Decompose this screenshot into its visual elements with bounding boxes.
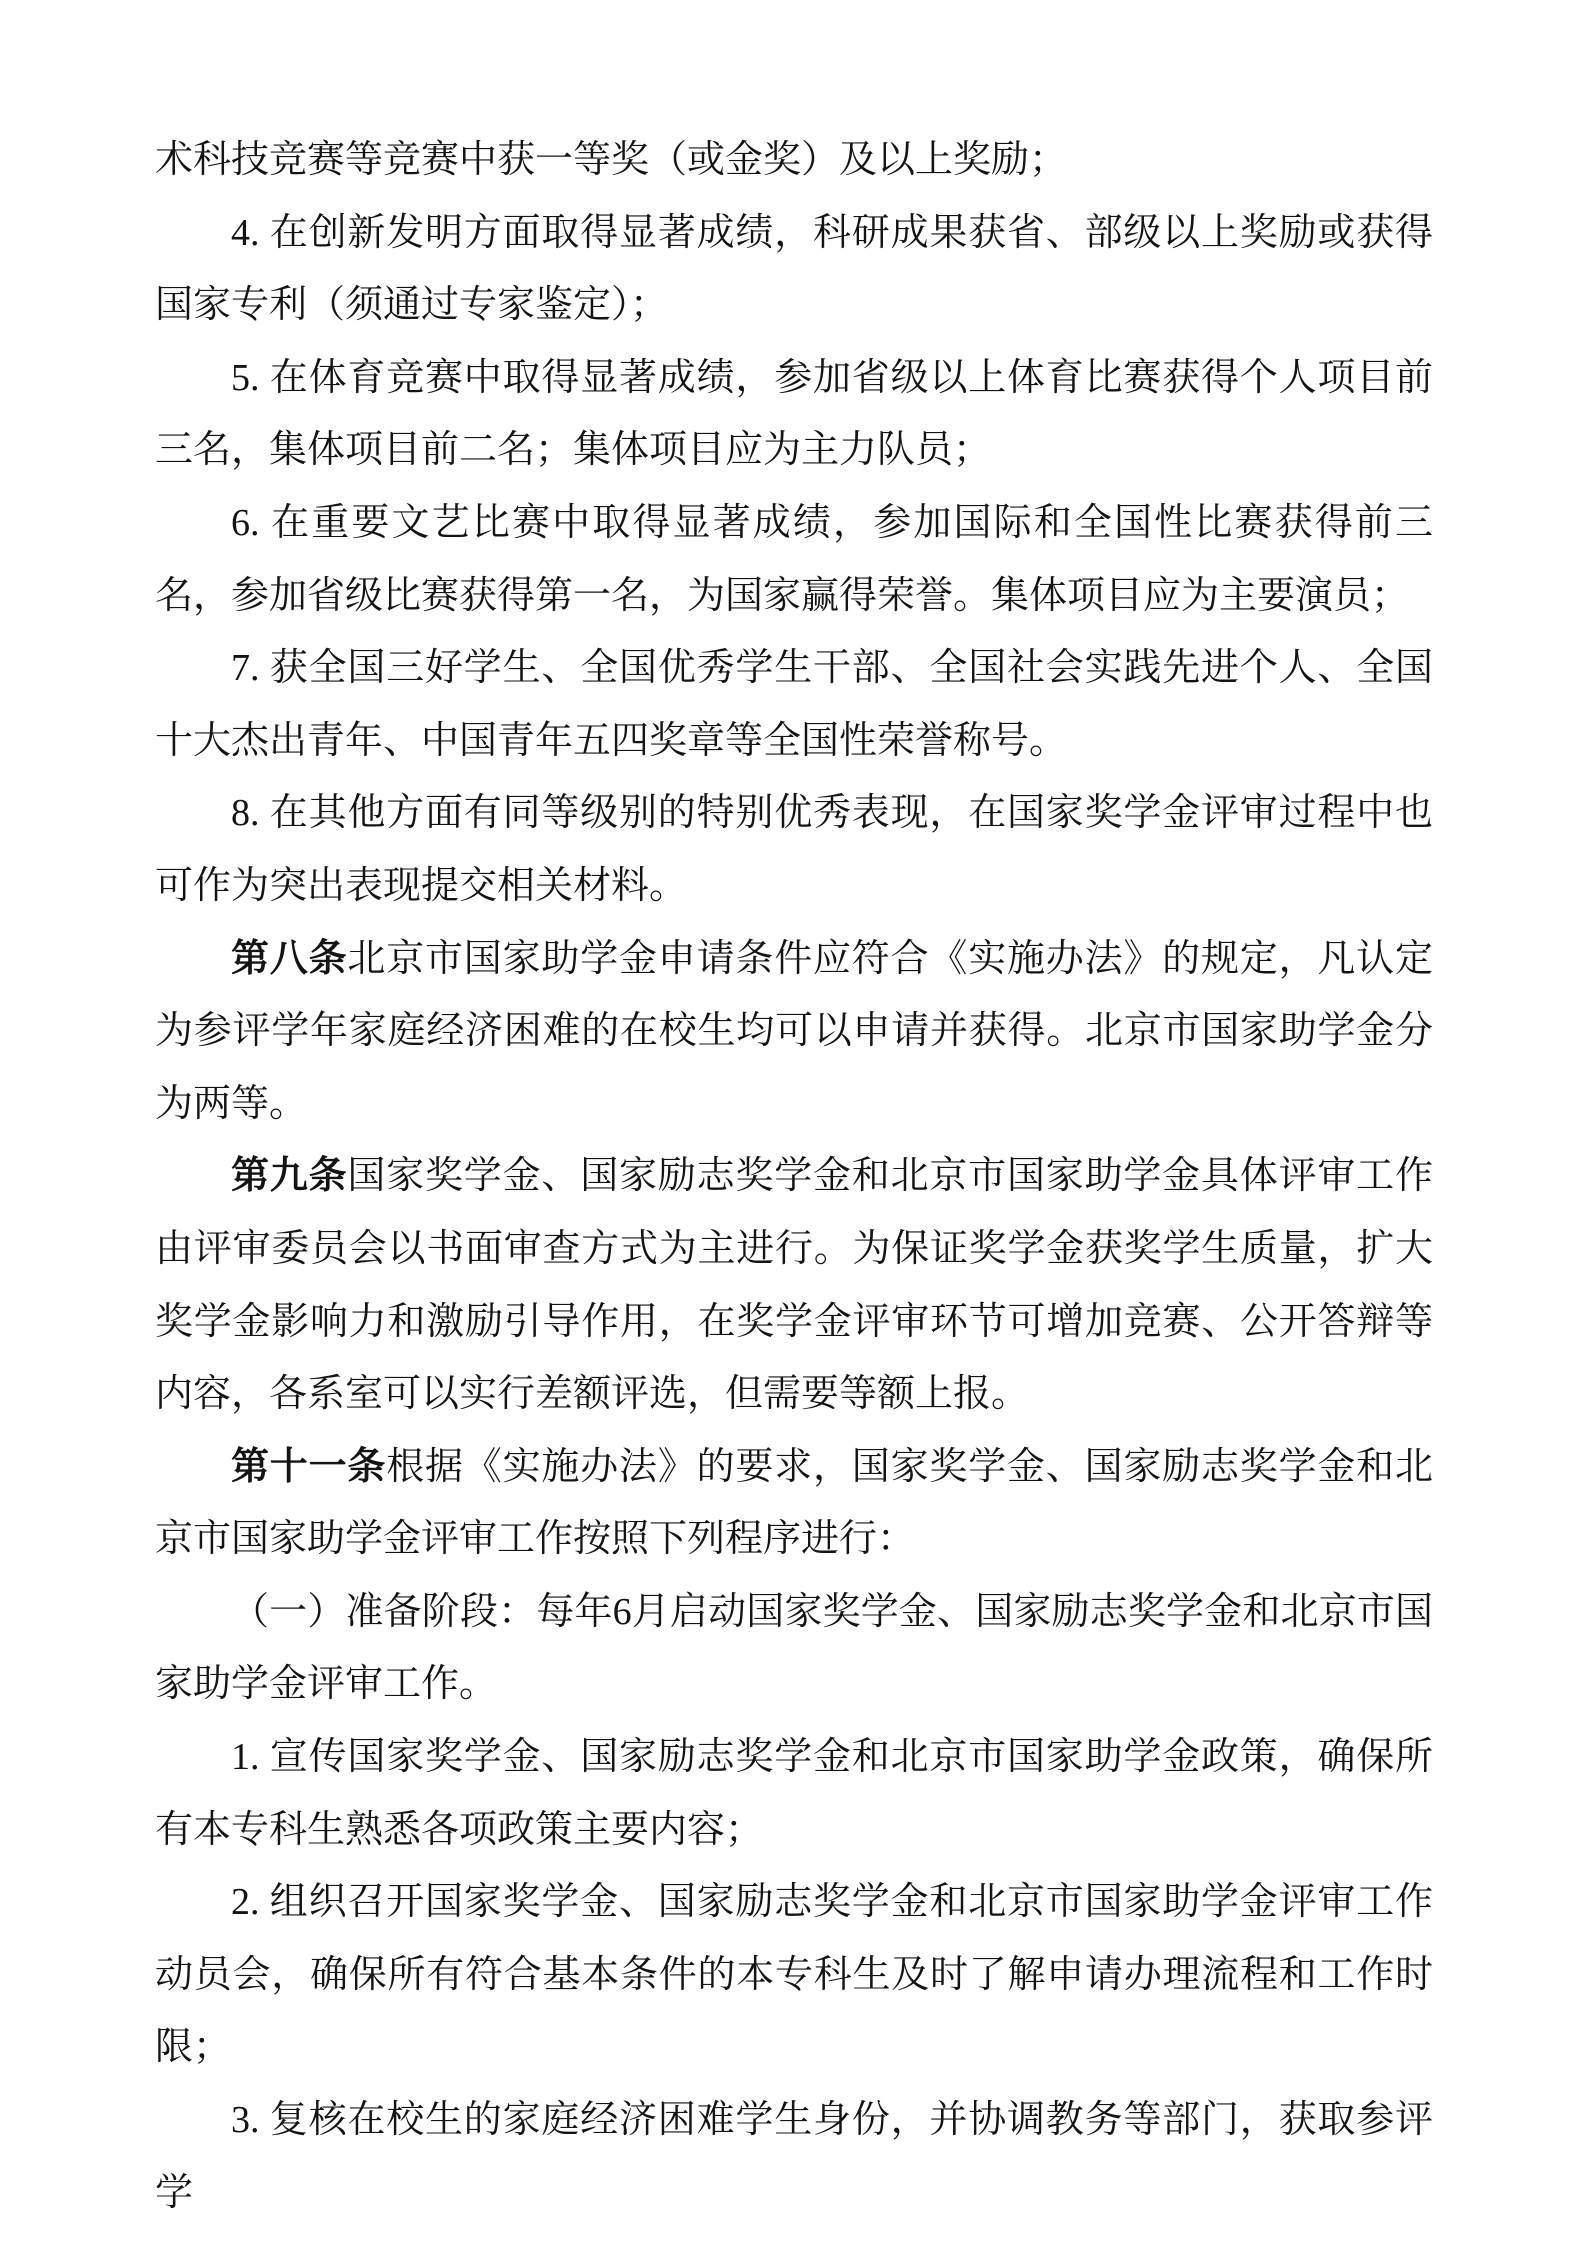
article-number: 第九条	[231, 1155, 347, 1197]
paragraph-text: 术科技竞赛等竞赛中获一等奖（或金奖）及以上奖励；	[155, 139, 1067, 181]
article-number: 第八条	[231, 938, 347, 980]
paragraph-text: 2. 组织召开国家奖学金、国家励志奖学金和北京市国家助学金评审工作动员会，确保所…	[155, 1881, 1433, 2068]
paragraph-text: 5. 在体育竞赛中取得显著成绩，参加省级以上体育比赛获得个人项目前三名，集体项目…	[155, 357, 1433, 472]
document-page: 术科技竞赛等竞赛中获一等奖（或金奖）及以上奖励；4. 在创新发明方面取得显著成绩…	[0, 0, 1587, 2245]
document-text-block: 术科技竞赛等竞赛中获一等奖（或金奖）及以上奖励；4. 在创新发明方面取得显著成绩…	[155, 124, 1433, 2229]
paragraph: 1. 宣传国家奖学金、国家励志奖学金和北京市国家助学金政策，确保所有本专科生熟悉…	[155, 1721, 1433, 1866]
paragraph: 第九条国家奖学金、国家励志奖学金和北京市国家助学金具体评审工作由评审委员会以书面…	[155, 1140, 1433, 1430]
paragraph: 8. 在其他方面有同等级别的特别优秀表现，在国家奖学金评审过程中也可作为突出表现…	[155, 777, 1433, 922]
paragraph-text: 国家奖学金、国家励志奖学金和北京市国家助学金具体评审工作由评审委员会以书面审查方…	[155, 1155, 1433, 1415]
paragraph: 第八条北京市国家助学金申请条件应符合《实施办法》的规定，凡认定为参评学年家庭经济…	[155, 923, 1433, 1141]
paragraph: 4. 在创新发明方面取得显著成绩，科研成果获省、部级以上奖励或获得国家专利（须通…	[155, 197, 1433, 342]
paragraph: 5. 在体育竞赛中取得显著成绩，参加省级以上体育比赛获得个人项目前三名，集体项目…	[155, 342, 1433, 487]
paragraph-text: 3. 复核在校生的家庭经济困难学生身份，并协调教务等部门，获取参评学	[155, 2099, 1433, 2214]
paragraph-text: 北京市国家助学金申请条件应符合《实施办法》的规定，凡认定为参评学年家庭经济困难的…	[155, 938, 1433, 1125]
article-number: 第十一条	[231, 1446, 386, 1488]
paragraph-text: 7. 获全国三好学生、全国优秀学生干部、全国社会实践先进个人、全国十大杰出青年、…	[155, 647, 1433, 762]
paragraph: （一）准备阶段：每年6月启动国家奖学金、国家励志奖学金和北京市国家助学金评审工作…	[155, 1576, 1433, 1721]
paragraph-text: 6. 在重要文艺比赛中取得显著成绩，参加国际和全国性比赛获得前三名，参加省级比赛…	[155, 502, 1433, 617]
paragraph-text: 1. 宣传国家奖学金、国家励志奖学金和北京市国家助学金政策，确保所有本专科生熟悉…	[155, 1736, 1433, 1851]
paragraph: 3. 复核在校生的家庭经济困难学生身份，并协调教务等部门，获取参评学	[155, 2084, 1433, 2229]
paragraph: 2. 组织召开国家奖学金、国家励志奖学金和北京市国家助学金评审工作动员会，确保所…	[155, 1866, 1433, 2084]
paragraph: 第十一条根据《实施办法》的要求，国家奖学金、国家励志奖学金和北京市国家助学金评审…	[155, 1431, 1433, 1576]
paragraph-text: 4. 在创新发明方面取得显著成绩，科研成果获省、部级以上奖励或获得国家专利（须通…	[155, 212, 1433, 327]
paragraph: 6. 在重要文艺比赛中取得显著成绩，参加国际和全国性比赛获得前三名，参加省级比赛…	[155, 487, 1433, 632]
paragraph: 7. 获全国三好学生、全国优秀学生干部、全国社会实践先进个人、全国十大杰出青年、…	[155, 632, 1433, 777]
paragraph: 术科技竞赛等竞赛中获一等奖（或金奖）及以上奖励；	[155, 124, 1433, 197]
paragraph-text: （一）准备阶段：每年6月启动国家奖学金、国家励志奖学金和北京市国家助学金评审工作…	[155, 1591, 1433, 1706]
paragraph-text: 8. 在其他方面有同等级别的特别优秀表现，在国家奖学金评审过程中也可作为突出表现…	[155, 792, 1433, 907]
